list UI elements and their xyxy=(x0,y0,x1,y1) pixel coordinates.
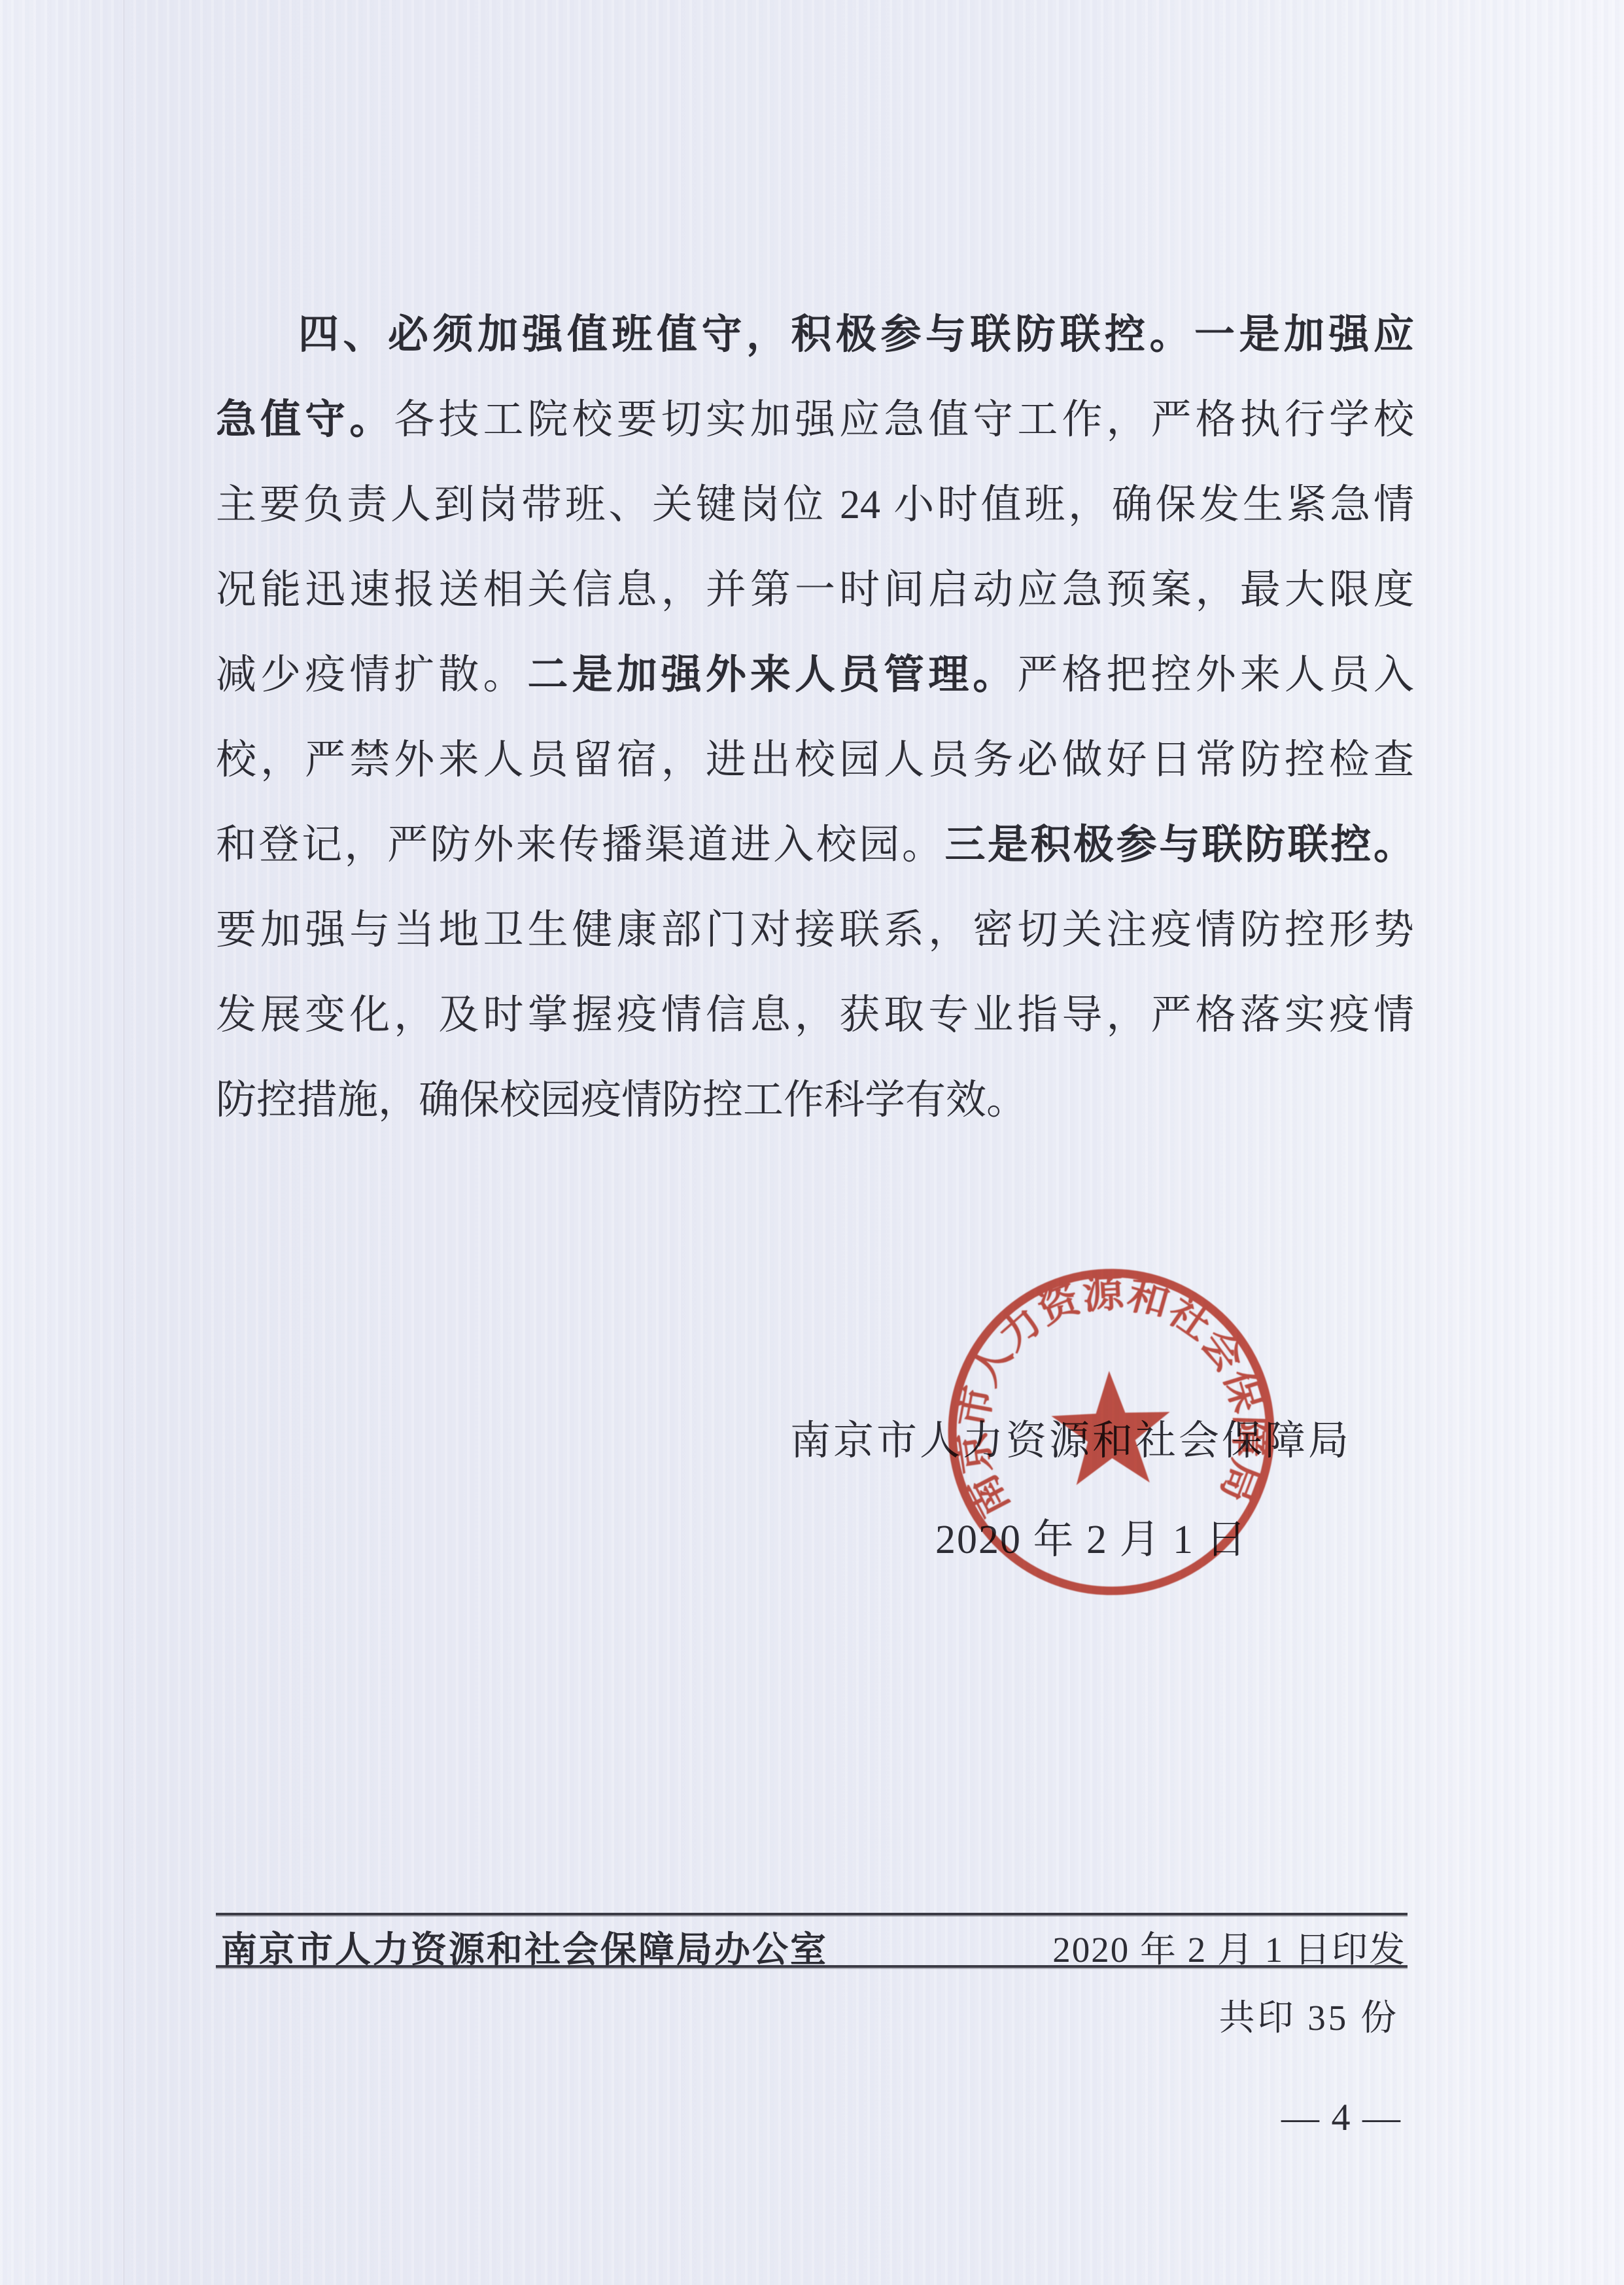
footer-rule-top xyxy=(216,1913,1408,1915)
line-text: 减少疫情扩散。 xyxy=(216,653,528,697)
line-text-bold: 四、必须加强值班值守，积极参与联防联控。一是加强应 xyxy=(298,313,1414,357)
paragraph-line: 防控措施，确保校园疫情防控工作科学有效。 xyxy=(216,1058,1414,1143)
star-icon xyxy=(1050,1369,1172,1486)
paragraph-line: 要加强与当地卫生健康部门对接联系，密切关注疫情防控形势 xyxy=(216,888,1414,973)
line-text: 发展变化，及时掌握疫情信息，获取专业指导，严格落实疫情 xyxy=(216,993,1414,1038)
page-number: — 4 — xyxy=(1281,2095,1402,2139)
footer-copies: 共印 35 份 xyxy=(1218,1989,1399,2040)
official-seal: 南京市人力资源和社会保障局 xyxy=(928,1249,1295,1616)
line-text: 和登记，严防外来传播渠道进入校园。 xyxy=(216,823,944,867)
line-text-bold: 二是加强外来人员管理。 xyxy=(528,653,1018,697)
line-text: 要加强与当地卫生健康部门对接联系，密切关注疫情防控形势 xyxy=(216,908,1414,952)
paragraph-line: 校，严禁外来人员留宿，进出校园人员务必做好日常防控检查 xyxy=(216,718,1414,803)
main-paragraph: 四、必须加强值班值守，积极参与联防联控。一是加强应 急值守。各技工院校要切实加强… xyxy=(216,292,1414,1143)
line-text: 况能迅速报送相关信息，并第一时间启动应急预案，最大限度 xyxy=(216,568,1414,612)
paragraph-line: 发展变化，及时掌握疫情信息，获取专业指导，严格落实疫情 xyxy=(216,973,1414,1058)
paragraph-line: 主要负责人到岗带班、关键岗位 24 小时值班，确保发生紧急情 xyxy=(216,462,1414,548)
line-text: 校，严禁外来人员留宿，进出校园人员务必做好日常防控检查 xyxy=(216,738,1414,782)
line-text: 防控措施，确保校园疫情防控工作科学有效。 xyxy=(216,1078,1027,1123)
line-text-bold: 急值守。 xyxy=(216,398,394,442)
paragraph-line: 急值守。各技工院校要切实加强应急值守工作，严格执行学校 xyxy=(216,377,1414,462)
line-text: 主要负责人到岗带班、关键岗位 24 小时值班，确保发生紧急情 xyxy=(216,483,1414,527)
line-text-bold: 三是积极参与联防联控。 xyxy=(944,823,1414,867)
paragraph-line: 况能迅速报送相关信息，并第一时间启动应急预案，最大限度 xyxy=(216,548,1414,633)
line-text: 各技工院校要切实加强应急值守工作，严格执行学校 xyxy=(394,398,1414,442)
footer-rule-bottom xyxy=(216,1965,1408,1968)
paragraph-line: 减少疫情扩散。二是加强外来人员管理。严格把控外来人员入 xyxy=(216,633,1414,718)
line-text: 严格把控外来人员入 xyxy=(1017,653,1414,697)
document-page: 四、必须加强值班值守，积极参与联防联控。一是加强应 急值守。各技工院校要切实加强… xyxy=(0,0,1624,2285)
paragraph-line: 和登记，严防外来传播渠道进入校园。三是积极参与联防联控。 xyxy=(216,803,1414,888)
paragraph-line: 四、必须加强值班值守，积极参与联防联控。一是加强应 xyxy=(216,292,1414,377)
